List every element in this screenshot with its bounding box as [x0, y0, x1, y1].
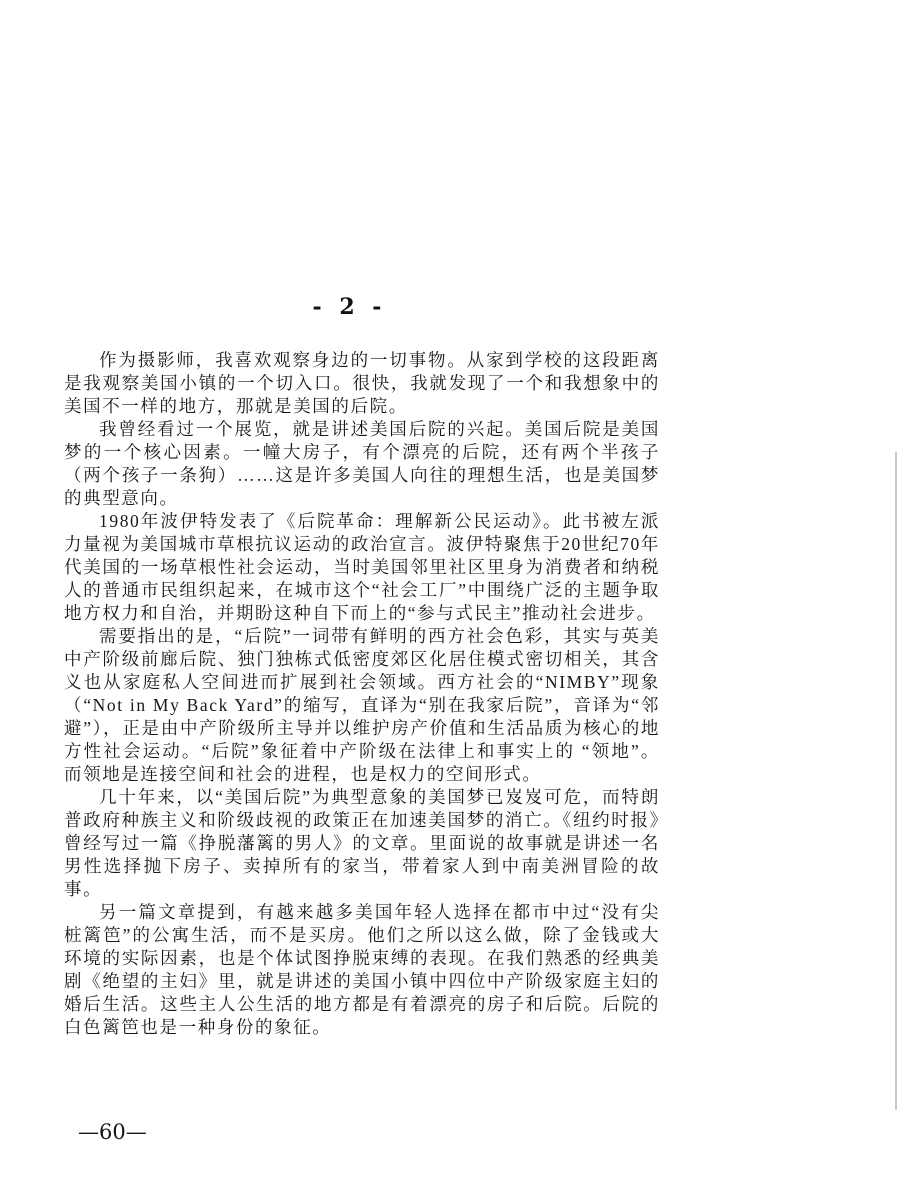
paragraph-2: 我曾经看过一个展览，就是讲述美国后院的兴起。美国后院是美国梦的一个核心因素。一幢…: [64, 418, 660, 510]
paragraph-1: 作为摄影师，我喜欢观察身边的一切事物。从家到学校的这段距离是我观察美国小镇的一个…: [64, 349, 660, 418]
paragraph-4: 需要指出的是，“后院”一词带有鲜明的西方社会色彩，其实与英美中产阶级前廊后院、独…: [64, 625, 660, 786]
paragraph-6: 另一篇文章提到，有越来越多美国年轻人选择在都市中过“没有尖桩篱笆”的公寓生活，而…: [64, 901, 660, 1039]
page-header-number: - 2 -: [52, 294, 647, 320]
scan-edge-artifact: [895, 452, 897, 1110]
page-footer-number: —60—: [78, 1120, 147, 1144]
paragraph-3: 1980年波伊特发表了《后院革命：理解新公民运动》。此书被左派力量视为美国城市草…: [64, 510, 660, 625]
paragraph-5: 几十年来，以“美国后院”为典型意象的美国梦已岌岌可危，而特朗普政府种族主义和阶级…: [64, 786, 660, 901]
scanned-document-page: - 2 - 作为摄影师，我喜欢观察身边的一切事物。从家到学校的这段距离是我观察美…: [0, 0, 899, 1177]
document-body: 作为摄影师，我喜欢观察身边的一切事物。从家到学校的这段距离是我观察美国小镇的一个…: [64, 349, 660, 1039]
